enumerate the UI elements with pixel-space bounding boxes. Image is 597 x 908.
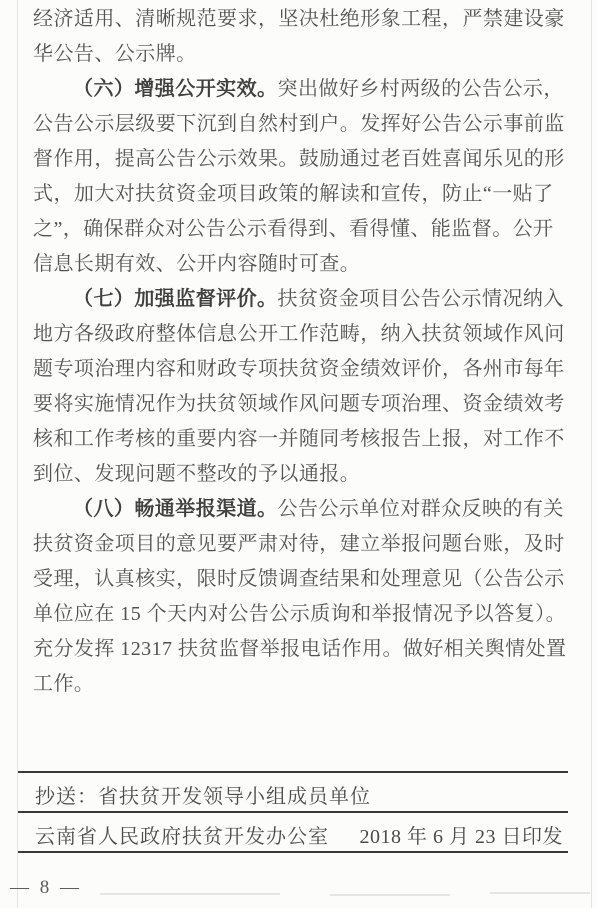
text-line: 工作。 [33,667,567,702]
text-line: （八）畅通举报渠道。公告公示单位对群众反映的有关 [33,492,567,527]
copy-to-line: 抄送：省扶贫开发领导小组成员单位 [35,780,371,809]
text-line: 经济适用、清晰规范要求，坚决杜绝形象工程，严禁建设豪 [33,2,567,37]
copy-to-label: 抄送：省扶贫开发领导小组成员单位 [35,786,371,808]
text-line: 公告公示层级要下沉到自然村到户。发挥好公告公示事前监 [33,107,567,142]
text-line: 单位应在 15 个天内对公告公示质询和举报情况予以答复）。 [33,597,567,632]
scan-bottom-artifact [100,893,280,895]
text-line: 充分发挥 12317 扶贫监督举报电话作用。做好相关舆情处置 [33,632,567,667]
document-page: 经济适用、清晰规范要求，坚决杜绝形象工程，严禁建设豪华公告、公示牌。（六）增强公… [0,0,597,908]
issuer-line: 云南省人民政府扶贫开发办公室 2018 年 6 月 23 日印发 [35,820,563,849]
document-body: 经济适用、清晰规范要求，坚决杜绝形象工程，严禁建设豪华公告、公示牌。（六）增强公… [33,2,567,702]
text-line: 题专项治理内容和财政专项扶贫资金绩效评价，各州市每年 [33,352,567,387]
text-line: 地方各级政府整体信息公开工作范畴，纳入扶贫领域作风问 [33,317,567,352]
text-line: 要将实施情况作为扶贫领域作风问题专项治理、资金绩效考 [33,387,567,422]
footer-rule-middle [18,811,568,813]
print-date: 2018 年 6 月 23 日印发 [360,820,564,849]
text-line: （七）加强监督评价。扶贫资金项目公告公示情况纳入 [33,282,567,317]
text-line: 之”，确保群众对公告公示看得到、看得懂、能监督。公开 [33,212,567,247]
text-line: （六）增强公开实效。突出做好乡村两级的公告公示， [33,72,567,107]
scan-bottom-artifact [330,894,450,896]
paragraph-heading: （八）畅通举报渠道。 [73,498,278,520]
paragraph-heading: （六）增强公开实效。 [73,78,278,100]
footer-rule-top [18,771,568,773]
text-line: 信息长期有效、公开内容随时可查。 [33,247,567,282]
text-line: 华公告、公示牌。 [33,37,567,72]
issuing-office: 云南省人民政府扶贫开发办公室 [35,820,329,849]
scan-bottom-artifact [490,892,590,894]
text-line: 式，加大对扶贫资金项目政策的解读和宣传，防止“一贴了 [33,177,567,212]
page-number: — 8 — [10,877,82,899]
text-line: 扶贫资金项目的意见要严肃对待，建立举报问题台账，及时 [33,527,567,562]
footer-rule-bottom [18,851,568,853]
text-line: 督作用，提高公告公示效果。鼓励通过老百姓喜闻乐见的形 [33,142,567,177]
text-line: 受理，认真核实，限时反馈调查结果和处理意见（公告公示 [33,562,567,597]
text-line: 核和工作考核的重要内容一并随同考核报告上报，对工作不 [33,422,567,457]
scan-edge-artifact-right [591,0,592,908]
paragraph-heading: （七）加强监督评价。 [73,288,278,310]
text-line: 到位、发现问题不整改的予以通报。 [33,457,567,492]
